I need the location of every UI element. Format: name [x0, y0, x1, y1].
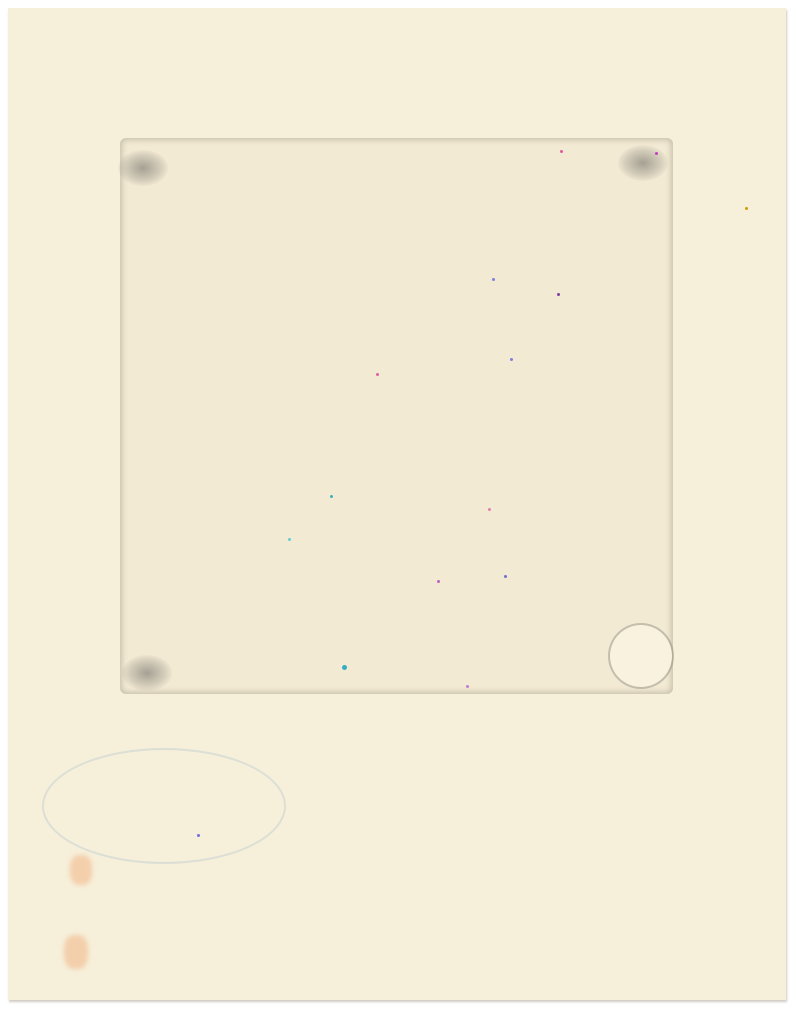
- color-speck: [655, 152, 658, 155]
- color-speck: [488, 508, 491, 511]
- color-speck: [492, 278, 495, 281]
- corner-smudge-bottom-left: [122, 655, 172, 691]
- color-speck: [197, 834, 200, 837]
- oval-collector-stamp: [42, 748, 286, 864]
- color-speck: [557, 293, 560, 296]
- color-speck: [504, 575, 507, 578]
- color-speck: [466, 685, 469, 688]
- color-speck: [288, 538, 291, 541]
- color-speck: [437, 580, 440, 583]
- color-speck: [745, 207, 748, 210]
- color-speck: [342, 665, 347, 670]
- orange-stain: [64, 935, 88, 969]
- color-speck: [510, 358, 513, 361]
- corner-smudge-top-left: [118, 150, 168, 186]
- corner-smudge-bottom-right: [610, 625, 672, 687]
- color-speck: [560, 150, 563, 153]
- plate-impression: [120, 138, 673, 694]
- orange-stain: [70, 855, 92, 885]
- color-speck: [376, 373, 379, 376]
- corner-smudge-top-right: [618, 145, 668, 181]
- color-speck: [330, 495, 333, 498]
